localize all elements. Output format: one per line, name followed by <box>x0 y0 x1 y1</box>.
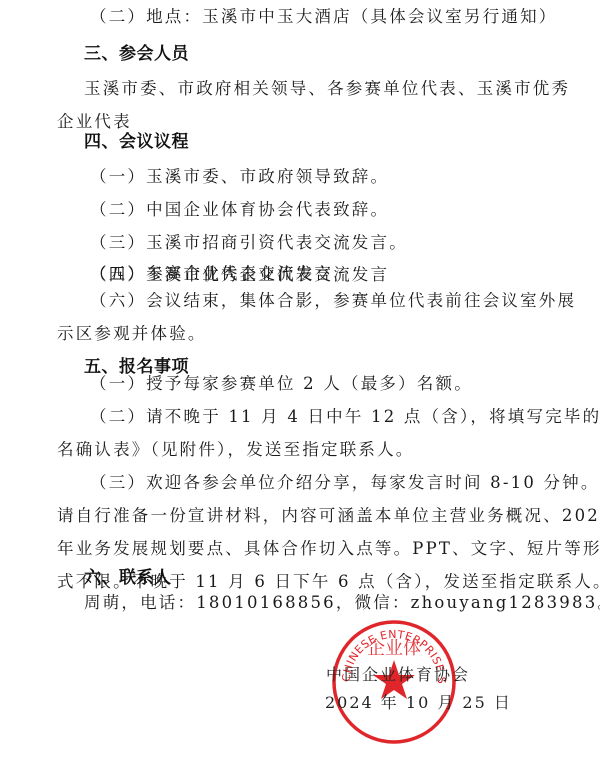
registration-item-1: （一）授予每家参赛单位 2 人（最多）名额。 <box>90 373 473 395</box>
venue-line: （二）地点：玉溪市中玉大酒店（具体会议室另行通知） <box>90 6 558 28</box>
section-heading-agenda: 四、会议议程 <box>84 131 189 153</box>
signature-organization: 中国企业体育协会 <box>326 665 470 685</box>
document-page: （二）地点：玉溪市中玉大酒店（具体会议室另行通知） 三、参会人员 玉溪市委、市政… <box>0 0 600 784</box>
registration-item-3-line-1: （三）欢迎各参会单位介绍分享，每家发言时间 8-10 分钟。 <box>90 472 600 494</box>
section-heading-contact: 六、联系人 <box>84 567 172 589</box>
contact-line: 周萌，电话：18010168856，微信：zhouyang1283983。 <box>84 592 600 614</box>
agenda-item-6-line-1: （六）会议结束，集体合影，参赛单位代表前往会议室外展 <box>90 290 576 312</box>
agenda-item-6-line-2: 示区参观并体验。 <box>57 323 207 345</box>
agenda-item-1: （一）玉溪市委、市政府领导致辞。 <box>90 166 389 188</box>
svg-text:企业体: 企业体 <box>367 638 421 659</box>
agenda-item-5-visible: （五）参赛企业代表交流发言 <box>90 263 333 285</box>
agenda-item-2: （二）中国企业体育协会代表致辞。 <box>90 199 389 221</box>
attendees-line-2: 企业代表 <box>57 111 132 133</box>
registration-item-3-line-2: 请自行准备一份宣讲材料，内容可涵盖本单位主营业务概况、2025 <box>57 505 600 527</box>
registration-item-3-line-3: 年业务发展规划要点、具体合作切入点等。PPT、文字、短片等形 <box>57 538 600 560</box>
attendees-line-1: 玉溪市委、市政府相关领导、各参赛单位代表、玉溪市优秀 <box>84 78 570 100</box>
agenda-item-3: （三）玉溪市招商引资代表交流发言。 <box>90 232 408 254</box>
registration-item-2-line-2: 名确认表》（见附件），发送至指定联系人。 <box>57 439 415 461</box>
section-heading-attendees: 三、参会人员 <box>84 43 189 65</box>
registration-item-2-line-1: （二）请不晚于 11 月 4 日中午 12 点（含），将填写完毕的《报 <box>90 406 600 428</box>
signature-date: 2024 年 10 月 25 日 <box>325 693 512 713</box>
